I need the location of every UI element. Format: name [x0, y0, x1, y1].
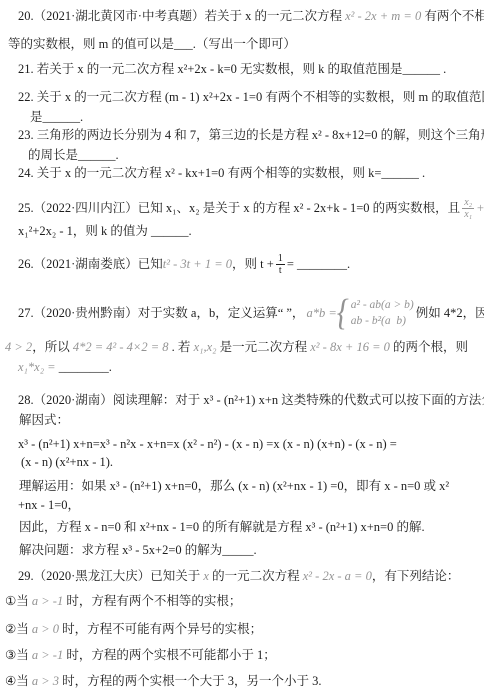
formula-a-gt-neg1-b: a > -1	[32, 648, 63, 662]
formula-a-gt-0: a > 0	[32, 622, 59, 636]
problem-23-line-1: 23. 三角形的两边长分别为 4 和 7，第三边的长是方程 x² - 8x+12…	[18, 127, 484, 144]
problem-28-line-5: 理解运用：如果 x³ - (n²+1) x+n=0，那么 (x - n) (x²…	[19, 478, 449, 495]
problem-28-line-7: 因此，方程 x - n=0 和 x²+nx - 1=0 的所有解就是方程 x³ …	[19, 519, 425, 536]
problem-29-text: 29.（2020·黑龙江大庆）已知关于	[18, 569, 203, 583]
plus-sign: +	[476, 200, 484, 217]
problem-20-line-1: 20.（2021·湖北黄冈市·中考真题）若关于 x 的一元二次方程 x² - 2…	[18, 8, 484, 25]
problem-29-text-tail: ，有下列结论：	[372, 569, 460, 583]
problem-27-line-1: 27.（2020·贵州黔南）对于实数 a，b，定义运算“ ”， a*b = { …	[18, 290, 484, 336]
problem-25-text: 25.（2022·四川内江）已知 x₁、x₂ 是关于 x 的方程 x² - 2x…	[18, 200, 460, 217]
piecewise-row-1: a² - ab(a > b)	[351, 298, 414, 313]
problem-28-line-4: (x - n) (x²+nx - 1).	[21, 454, 113, 471]
problem-29-text-mid: 的一元二次方程	[209, 569, 303, 583]
problem-25-line-1: 25.（2022·四川内江）已知 x₁、x₂ 是关于 x 的方程 x² - 2x…	[18, 190, 484, 226]
formula-roots: x₁,x₂	[194, 340, 217, 354]
problem-26-blank: = ________.	[287, 256, 350, 273]
problem-21-line: 21. 若关于 x 的一元二次方程 x²+2x - k=0 无实数根，则 k 的…	[18, 61, 446, 78]
piecewise-rows: a² - ab(a > b) ab - b²(a b)	[351, 298, 414, 329]
worksheet-page: 20.（2021·湖北黄冈市·中考真题）若关于 x 的一元二次方程 x² - 2…	[0, 0, 484, 695]
problem-29-line-1: 29.（2020·黑龙江大庆）已知关于 x 的一元二次方程 x² - 2x - …	[18, 568, 459, 585]
formula-4-gt-2: 4 > 2	[5, 340, 32, 354]
problem-27-line-2: 4 > 2，所以 4*2 = 4² - 4×2 = 8 . 若 x₁,x₂ 是一…	[5, 339, 468, 356]
problem-26-line: 26.（2021·湖南娄底）已知 t² - 3t + 1 = 0 ，则 t + …	[18, 246, 350, 282]
problem-23-line-2: 的周长是______.	[28, 147, 119, 164]
problem-28-line-8: 解决问题：求方程 x³ - 5x+2=0 的解为_____.	[19, 542, 257, 559]
problem-27-blank: ________.	[56, 360, 112, 374]
problem-20-formula: x² - 2x + m = 0	[345, 9, 421, 23]
fraction-1-over-t: 1t	[276, 253, 285, 276]
problem-26-text-mid: ，则 t +	[232, 256, 274, 273]
curly-brace: {	[337, 294, 349, 332]
item-2-text: 时，方程不可能有两个异号的实根；	[59, 622, 262, 636]
item-4-text: 时，方程的两个实根一个大于 3，另一个小于 3.	[59, 674, 322, 688]
piecewise-lhs: a*b =	[306, 305, 336, 322]
formula-example: 4*2 = 4² - 4×2 = 8	[73, 340, 169, 354]
problem-27-line-3: x₁*x₂ = ________.	[18, 359, 112, 376]
problem-28-line-6: +nx - 1=0，	[18, 497, 80, 514]
problem-20-line-2: 等的实数根，则 m 的值可以是___.（写出一个即可）	[8, 36, 296, 53]
problem-20-text-tail: 有两个不相	[421, 9, 484, 23]
problem-24-line: 24. 关于 x 的一元二次方程 x² - kx+1=0 有两个相等的实数根，则…	[18, 165, 425, 182]
item-1-marker: ①当	[5, 594, 32, 608]
item-4-marker: ④当	[5, 674, 32, 688]
piecewise-definition: a*b = { a² - ab(a > b) ab - b²(a b)	[306, 298, 413, 329]
problem-26-formula: t² - 3t + 1 = 0	[163, 256, 232, 273]
problem-27-text-3: . 若	[169, 340, 194, 354]
problem-29-item-2: ②当 a > 0 时，方程不可能有两个异号的实根；	[5, 621, 262, 638]
problem-28-line-1: 28.（2020·湖南）阅读理解：对于 x³ - (n²+1) x+n 这类特殊…	[18, 392, 484, 409]
formula-a-gt-neg1: a > -1	[32, 594, 63, 608]
formula-a-gt-3: a > 3	[32, 674, 59, 688]
problem-27-text-2: ，所以	[32, 340, 73, 354]
formula-quadratic: x² - 2x - a = 0	[303, 569, 372, 583]
formula-x1-star-x2: x₁*x₂ =	[18, 360, 56, 374]
problem-27-text-4: 是一元二次方程	[216, 340, 310, 354]
problem-29-item-4: ④当 a > 3 时，方程的两个实根一个大于 3，另一个小于 3.	[5, 673, 322, 690]
piecewise-row-2: ab - b²(a b)	[351, 314, 414, 329]
problem-28-line-3: x³ - (n²+1) x+n=x³ - n²x - x+n=x (x² - n…	[18, 436, 397, 453]
problem-27-text-tail: 例如 4*2，因为	[416, 305, 484, 322]
problem-26-text: 26.（2021·湖南娄底）已知	[18, 256, 163, 273]
formula-equation: x² - 8x + 16 = 0	[310, 340, 390, 354]
fraction-x2-over-x1: x₂x₁	[462, 197, 474, 220]
problem-20-text: 20.（2021·湖北黄冈市·中考真题）若关于 x 的一元二次方程	[18, 9, 345, 23]
problem-29-item-3: ③当 a > -1 时，方程的两个实根不可能都小于 1；	[5, 647, 276, 664]
problem-22-line-1: 22. 关于 x 的一元二次方程 (m - 1) x²+2x - 1=0 有两个…	[18, 89, 484, 106]
problem-27-text: 27.（2020·贵州黔南）对于实数 a，b，定义运算“ ”，	[18, 305, 304, 322]
item-3-text: 时，方程的两个实根不可能都小于 1；	[63, 648, 276, 662]
problem-28-line-2: 解因式：	[19, 412, 69, 429]
problem-22-line-2: 是______.	[30, 109, 83, 126]
item-3-marker: ③当	[5, 648, 32, 662]
item-2-marker: ②当	[5, 622, 32, 636]
problem-25-line-2: x₁²+2x₂ - 1，则 k 的值为 ______.	[18, 223, 192, 240]
item-1-text: 时，方程有两个不相等的实根；	[63, 594, 241, 608]
problem-27-text-5: 的两个根，则	[390, 340, 468, 354]
problem-29-item-1: ①当 a > -1 时，方程有两个不相等的实根；	[5, 593, 241, 610]
